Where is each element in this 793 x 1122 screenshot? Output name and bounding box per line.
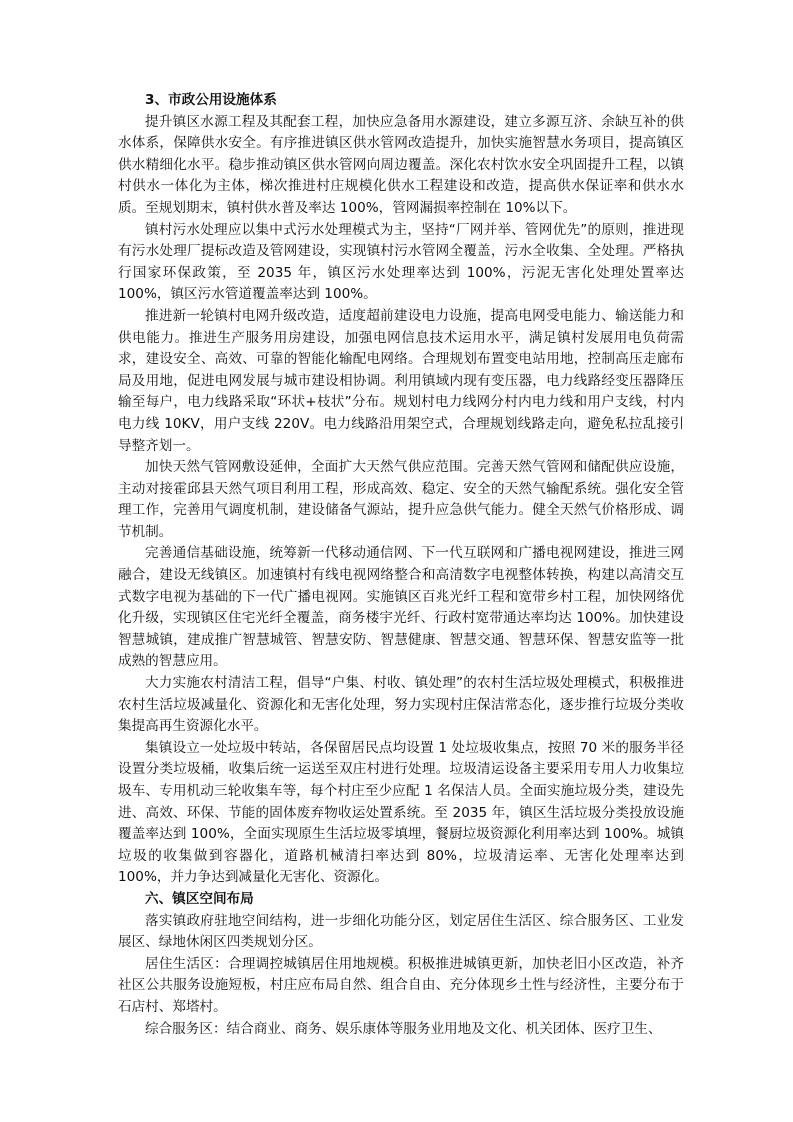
paragraph-garbage-station: 集镇设立一处垃圾中转站，各保留居民点均设置 1 处垃圾收集点，按照 70 米的服…: [118, 738, 684, 889]
paragraph-natural-gas: 加快天然气管网敷设延伸，全面扩大天然气供应范围。完善天然气管网和储配供应设施，主…: [118, 457, 684, 543]
paragraph-power-grid: 推进新一轮镇村电网升级改造，适度超前建设电力设施，提高电网受电能力、输送能力和供…: [118, 306, 684, 457]
paragraph-residential-zone: 居住生活区：合理调控城镇居住用地规模。积极推进城镇更新，加快老旧小区改造，补齐社…: [118, 954, 684, 1019]
paragraph-sewage: 镇村污水处理应以集中式污水处理模式为主，坚持“厂网并举、管网优先”的原则，推进现…: [118, 220, 684, 306]
paragraph-telecom: 完善通信基础设施，统筹新一代移动通信网、下一代互联网和广播电视网建设，推进三网融…: [118, 543, 684, 673]
section-heading-municipal-facilities: 3、市政公用设施体系: [118, 90, 684, 112]
section-heading-spatial-layout: 六、镇区空间布局: [118, 889, 684, 911]
paragraph-rural-cleaning: 大力实施农村清洁工程，倡导“户集、村收、镇处理”的农村生活垃圾处理模式，积极推进…: [118, 673, 684, 738]
paragraph-service-zone: 综合服务区：结合商业、商务、娱乐康体等服务业用地及文化、机关团体、医疗卫生、: [118, 1019, 684, 1041]
document-page: 3、市政公用设施体系 提升镇区水源工程及其配套工程，加快应急备用水源建设，建立多…: [118, 90, 684, 1040]
paragraph-water-supply: 提升镇区水源工程及其配套工程，加快应急备用水源建设，建立多源互济、余缺互补的供水…: [118, 112, 684, 220]
paragraph-functional-zoning: 落实镇政府驻地空间结构，进一步细化功能分区，划定居住生活区、综合服务区、工业发展…: [118, 911, 684, 954]
